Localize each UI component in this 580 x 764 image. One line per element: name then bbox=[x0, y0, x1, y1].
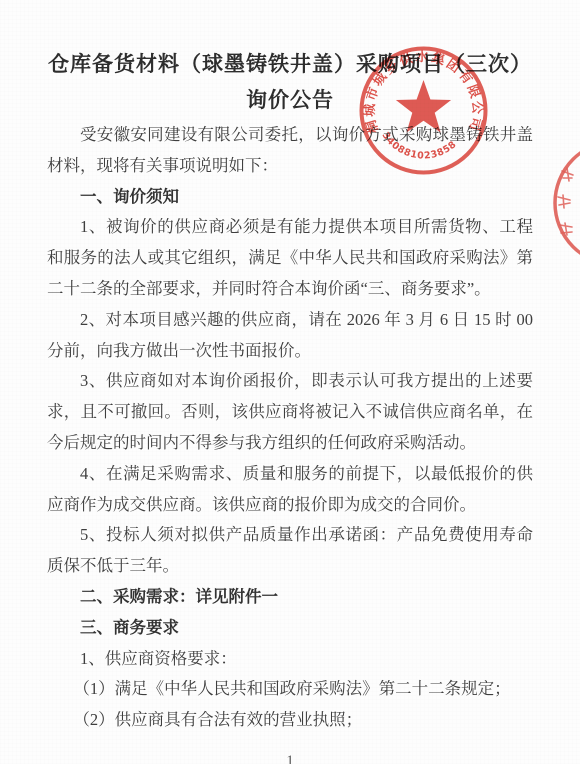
section2-heading: 二、采购需求：详见附件一 bbox=[47, 582, 533, 613]
document-title: 仓库备货材料（球墨铸铁井盖）采购项目（三次） 询价公告 bbox=[47, 46, 533, 118]
document-body: 受安徽安同建设有限公司委托，以询价方式采购球墨铸铁井盖材料，现将有关事项说明如下… bbox=[47, 120, 533, 736]
title-line-1: 仓库备货材料（球墨铸铁井盖）采购项目（三次） bbox=[47, 46, 533, 82]
notice-item-1: 1、被询价的供应商必须是有能力提供本项目所需货物、工程和服务的法人或其它组织，满… bbox=[47, 212, 533, 304]
qualification-item-1-2: （2）供应商具有合法有效的营业执照； bbox=[47, 705, 533, 736]
section1-heading: 一、询价须知 bbox=[47, 182, 533, 213]
intro-paragraph: 受安徽安同建设有限公司委托，以询价方式采购球墨铸铁井盖材料，现将有关事项说明如下… bbox=[47, 120, 533, 182]
document-content: 仓库备货材料（球墨铸铁井盖）采购项目（三次） 询价公告 受安徽安同建设有限公司委… bbox=[0, 0, 580, 736]
qualification-item-1: 1、供应商资格要求： bbox=[47, 644, 533, 675]
notice-item-3: 3、供应商如对本询价函报价，即表示认可我方提出的上述要求，且不可撤回。否则，该供… bbox=[47, 366, 533, 458]
scanned-document-page: 仓库备货材料（球墨铸铁井盖）采购项目（三次） 询价公告 受安徽安同建设有限公司委… bbox=[0, 0, 580, 764]
notice-item-4: 4、在满足采购需求、质量和服务的前提下，以最低报价的供应商作为成交供应商。该供应… bbox=[47, 459, 533, 521]
notice-item-5: 5、投标人须对拟供产品质量作出承诺函：产品免费使用寿命质保不低于三年。 bbox=[47, 520, 533, 582]
title-line-2: 询价公告 bbox=[47, 82, 533, 118]
qualification-item-1-1: （1）满足《中华人民共和国政府采购法》第二十二条规定； bbox=[47, 674, 533, 705]
section3-heading: 三、商务要求 bbox=[47, 613, 533, 644]
page-number: 1 bbox=[0, 753, 580, 764]
notice-item-2: 2、对本项目感兴趣的供应商，请在 2026 年 3 月 6 日 15 时 00 … bbox=[47, 305, 533, 367]
